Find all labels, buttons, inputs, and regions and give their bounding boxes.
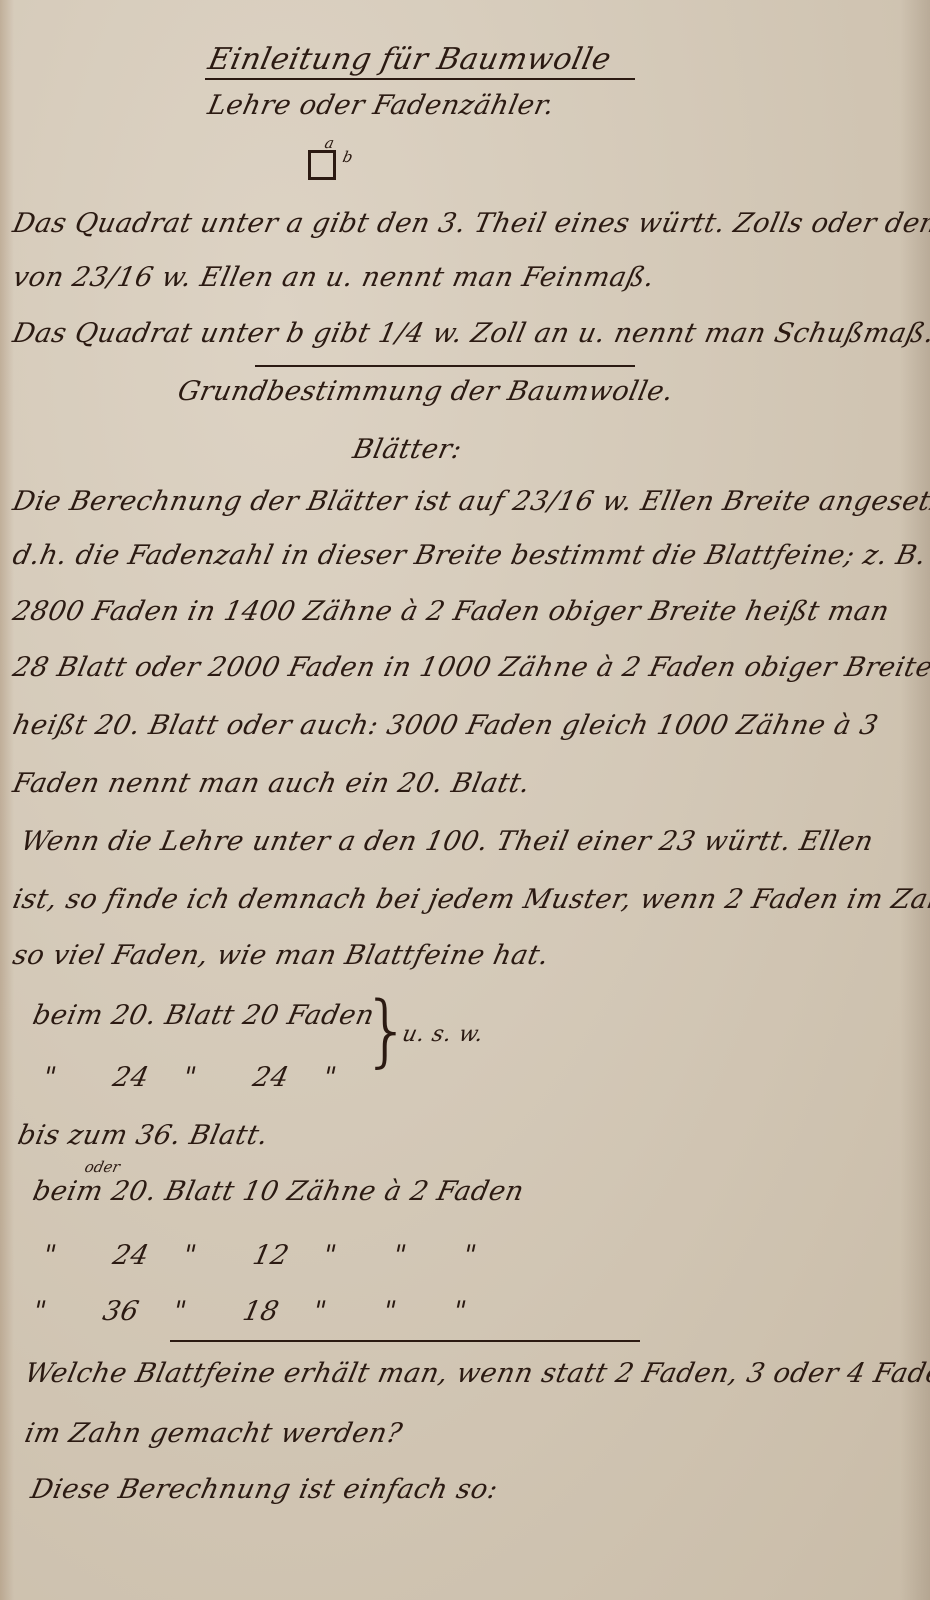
table1-row-1: beim 20. Blatt 20 Faden — [30, 1000, 377, 1031]
square-figure-icon — [308, 150, 336, 180]
body-line-9: so viel Faden, wie man Blattfeine hat. — [10, 940, 552, 971]
question-line-2: im Zahn gemacht werden? — [22, 1418, 405, 1449]
intro-rule — [255, 365, 635, 367]
table2-row-2: "24"12""" — [40, 1240, 480, 1271]
body-line-3: 2800 Faden in 1400 Zähne à 2 Faden obige… — [10, 596, 892, 627]
title-line-1: Einleitung für Baumwolle — [205, 42, 614, 77]
table2-row-3: "36"18""" — [30, 1296, 470, 1327]
body-line-8: ist, so finde ich demnach bei jedem Must… — [10, 884, 930, 915]
body-line-2: d.h. die Fadenzahl in dieser Breite best… — [10, 540, 929, 571]
figure-label-b: b — [341, 148, 354, 166]
brace-note: u. s. w. — [400, 1022, 486, 1047]
intro-line-1: Das Quadrat unter a gibt den 3. Theil ei… — [10, 208, 930, 239]
manuscript-page: Einleitung für Baumwolle Lehre oder Fade… — [0, 0, 930, 1600]
subheading-blaetter: Blätter: — [350, 434, 465, 465]
closing-line: Diese Berechnung ist einfach so: — [28, 1474, 501, 1505]
bis-line: bis zum 36. Blatt. — [15, 1120, 271, 1151]
body-line-5: heißt 20. Blatt oder auch: 3000 Faden gl… — [10, 710, 881, 741]
body-line-1: Die Berechnung der Blätter ist auf 23/16… — [10, 486, 930, 517]
body-line-4: 28 Blatt oder 2000 Faden in 1000 Zähne à… — [10, 652, 930, 683]
question-line-1: Welche Blattfeine erhält man, wenn statt… — [22, 1358, 930, 1389]
body-line-7: Wenn die Lehre unter a den 100. Theil ei… — [18, 826, 876, 857]
section-heading: Grundbestimmung der Baumwolle. — [175, 376, 676, 407]
oder-note: oder — [83, 1158, 122, 1176]
body-line-6: Faden nennt man auch ein 20. Blatt. — [10, 768, 533, 799]
title-line-2: Lehre oder Fadenzähler. — [205, 90, 557, 121]
title-underline — [205, 78, 635, 80]
page-edge-shadow-left — [0, 0, 14, 1600]
section-divider — [170, 1340, 640, 1342]
table1-row-2: "24"24" — [40, 1062, 340, 1093]
intro-line-3: Das Quadrat unter b gibt 1/4 w. Zoll an … — [10, 318, 930, 349]
intro-line-2: von 23/16 w. Ellen an u. nennt man Feinm… — [10, 262, 657, 293]
table2-row-1: beim 20. Blatt 10 Zähne à 2 Faden — [30, 1176, 527, 1207]
